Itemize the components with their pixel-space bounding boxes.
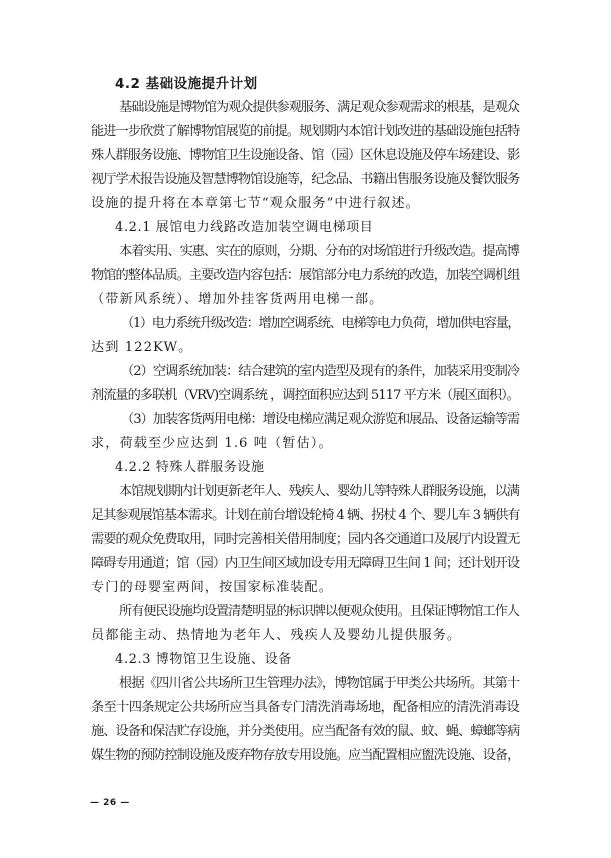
paragraph-line: （3）加装客货两用电梯：增设电梯应满足观众游览和展品、设备运输等需 bbox=[91, 408, 519, 432]
paragraph-line: 剂流量的多联机（VRV)空调系统 ，调控面积应达到 5117 平方米（展区面积）… bbox=[91, 384, 519, 408]
paragraph-line: 达到 122KW。 bbox=[91, 336, 519, 360]
paragraph-line: 施、设备和保洁贮存设施，并分类使用。应当配备有效的鼠、蚊、蝇、蟑螂等病 bbox=[91, 720, 519, 744]
paragraph-line: （带新风系统）、增加外挂客货两用电梯一部。 bbox=[91, 288, 519, 312]
paragraph-line: 需要的观众免费取用，同时完善相关借用制度；园内各交通道口及展厅内设置无 bbox=[91, 528, 519, 552]
paragraph-line: 本馆规划期内计划更新老年人、残疾人、婴幼儿等特殊人群服务设施，以满 bbox=[91, 480, 519, 504]
paragraph-line: 根据《四川省公共场所卫生管理办法》，博物馆属于甲类公共场所。其第十 bbox=[91, 672, 519, 696]
document-body: 基础设施是博物馆为观众提供参观服务、满足观众参观需求的根基，是观众能进一步欣赏了… bbox=[91, 96, 519, 768]
body-paragraph: 本馆规划期内计划更新老年人、残疾人、婴幼儿等特殊人群服务设施，以满足其参观展馆基… bbox=[91, 480, 519, 600]
paragraph-line: 物馆的整体品质。主要改造内容包括：展馆部分电力系统的改造，加装空调机组 bbox=[91, 264, 519, 288]
section-title: 4.2 基础设施提升计划 bbox=[91, 72, 519, 96]
page-number: — 26 — bbox=[90, 798, 130, 808]
paragraph-line: 媒生物的预防控制设施及废弃物存放专用设施。应当配置相应盥洗设施、设备， bbox=[91, 744, 519, 768]
paragraph-line: 本着实用、实惠、实在的原则，分期、分布的对场馆进行升级改造。提高博 bbox=[91, 240, 519, 264]
body-paragraph: （1）电力系统升级改造：增加空调系统、电梯等电力负荷，增加供电容量，达到 122… bbox=[91, 312, 519, 360]
subsection-heading: 4.2.3 博物馆卫生设施、设备 bbox=[91, 648, 519, 672]
paragraph-line: 条至十四条规定公共场所应当具备专门清洗消毒场地，配备相应的清洗消毒设 bbox=[91, 696, 519, 720]
paragraph-line: （1）电力系统升级改造：增加空调系统、电梯等电力负荷，增加供电容量， bbox=[91, 312, 519, 336]
body-paragraph: 本着实用、实惠、实在的原则，分期、分布的对场馆进行升级改造。提高博物馆的整体品质… bbox=[91, 240, 519, 312]
paragraph-line: 障碍专用通道；馆（园）内卫生间区域加设专用无障碍卫生间 1 间；还计划开设 bbox=[91, 552, 519, 576]
body-paragraph: （2）空调系统加装：结合建筑的室内造型及现有的条件，加装采用变制冷剂流量的多联机… bbox=[91, 360, 519, 408]
body-paragraph: 所有便民设施均设置清楚明显的标识牌以便观众使用。且保证博物馆工作人员都能主动、热… bbox=[91, 600, 519, 648]
paragraph-line: 所有便民设施均设置清楚明显的标识牌以便观众使用。且保证博物馆工作人 bbox=[91, 600, 519, 624]
paragraph-line: 足其参观展馆基本需求。计划在前台增设轮椅 4 辆、拐杖 4 个、婴儿车 3 辆供… bbox=[91, 504, 519, 528]
document-page: 4.2 基础设施提升计划 基础设施是博物馆为观众提供参观服务、满足观众参观需求的… bbox=[91, 72, 519, 768]
paragraph-line: （2）空调系统加装：结合建筑的室内造型及现有的条件，加装采用变制冷 bbox=[91, 360, 519, 384]
paragraph-line: 基础设施是博物馆为观众提供参观服务、满足观众参观需求的根基，是观众 bbox=[91, 96, 519, 120]
body-paragraph: 基础设施是博物馆为观众提供参观服务、满足观众参观需求的根基，是观众能进一步欣赏了… bbox=[91, 96, 519, 216]
paragraph-line: 能进一步欣赏了解博物馆展览的前提。规划期内本馆计划改进的基础设施包括特 bbox=[91, 120, 519, 144]
body-paragraph: 根据《四川省公共场所卫生管理办法》，博物馆属于甲类公共场所。其第十条至十四条规定… bbox=[91, 672, 519, 768]
subsection-heading: 4.2.2 特殊人群服务设施 bbox=[91, 456, 519, 480]
paragraph-line: 设施的提升将在本章第七节“观众服务”中进行叙述。 bbox=[91, 192, 519, 216]
body-paragraph: （3）加装客货两用电梯：增设电梯应满足观众游览和展品、设备运输等需求，荷载至少应… bbox=[91, 408, 519, 456]
paragraph-line: 视厅学术报告设施及智慧博物馆设施等，纪念品、书籍出售服务设施及餐饮服务 bbox=[91, 168, 519, 192]
paragraph-line: 专门的母婴室两间，按国家标准装配。 bbox=[91, 576, 519, 600]
subsection-heading: 4.2.1 展馆电力线路改造加装空调电梯项目 bbox=[91, 216, 519, 240]
paragraph-line: 殊人群服务设施、博物馆卫生设施设备、馆（园）区休息设施及停车场建设、影 bbox=[91, 144, 519, 168]
paragraph-line: 求，荷载至少应达到 1.6 吨（暂估）。 bbox=[91, 432, 519, 456]
paragraph-line: 员都能主动、热情地为老年人、残疾人及婴幼儿提供服务。 bbox=[91, 624, 519, 648]
